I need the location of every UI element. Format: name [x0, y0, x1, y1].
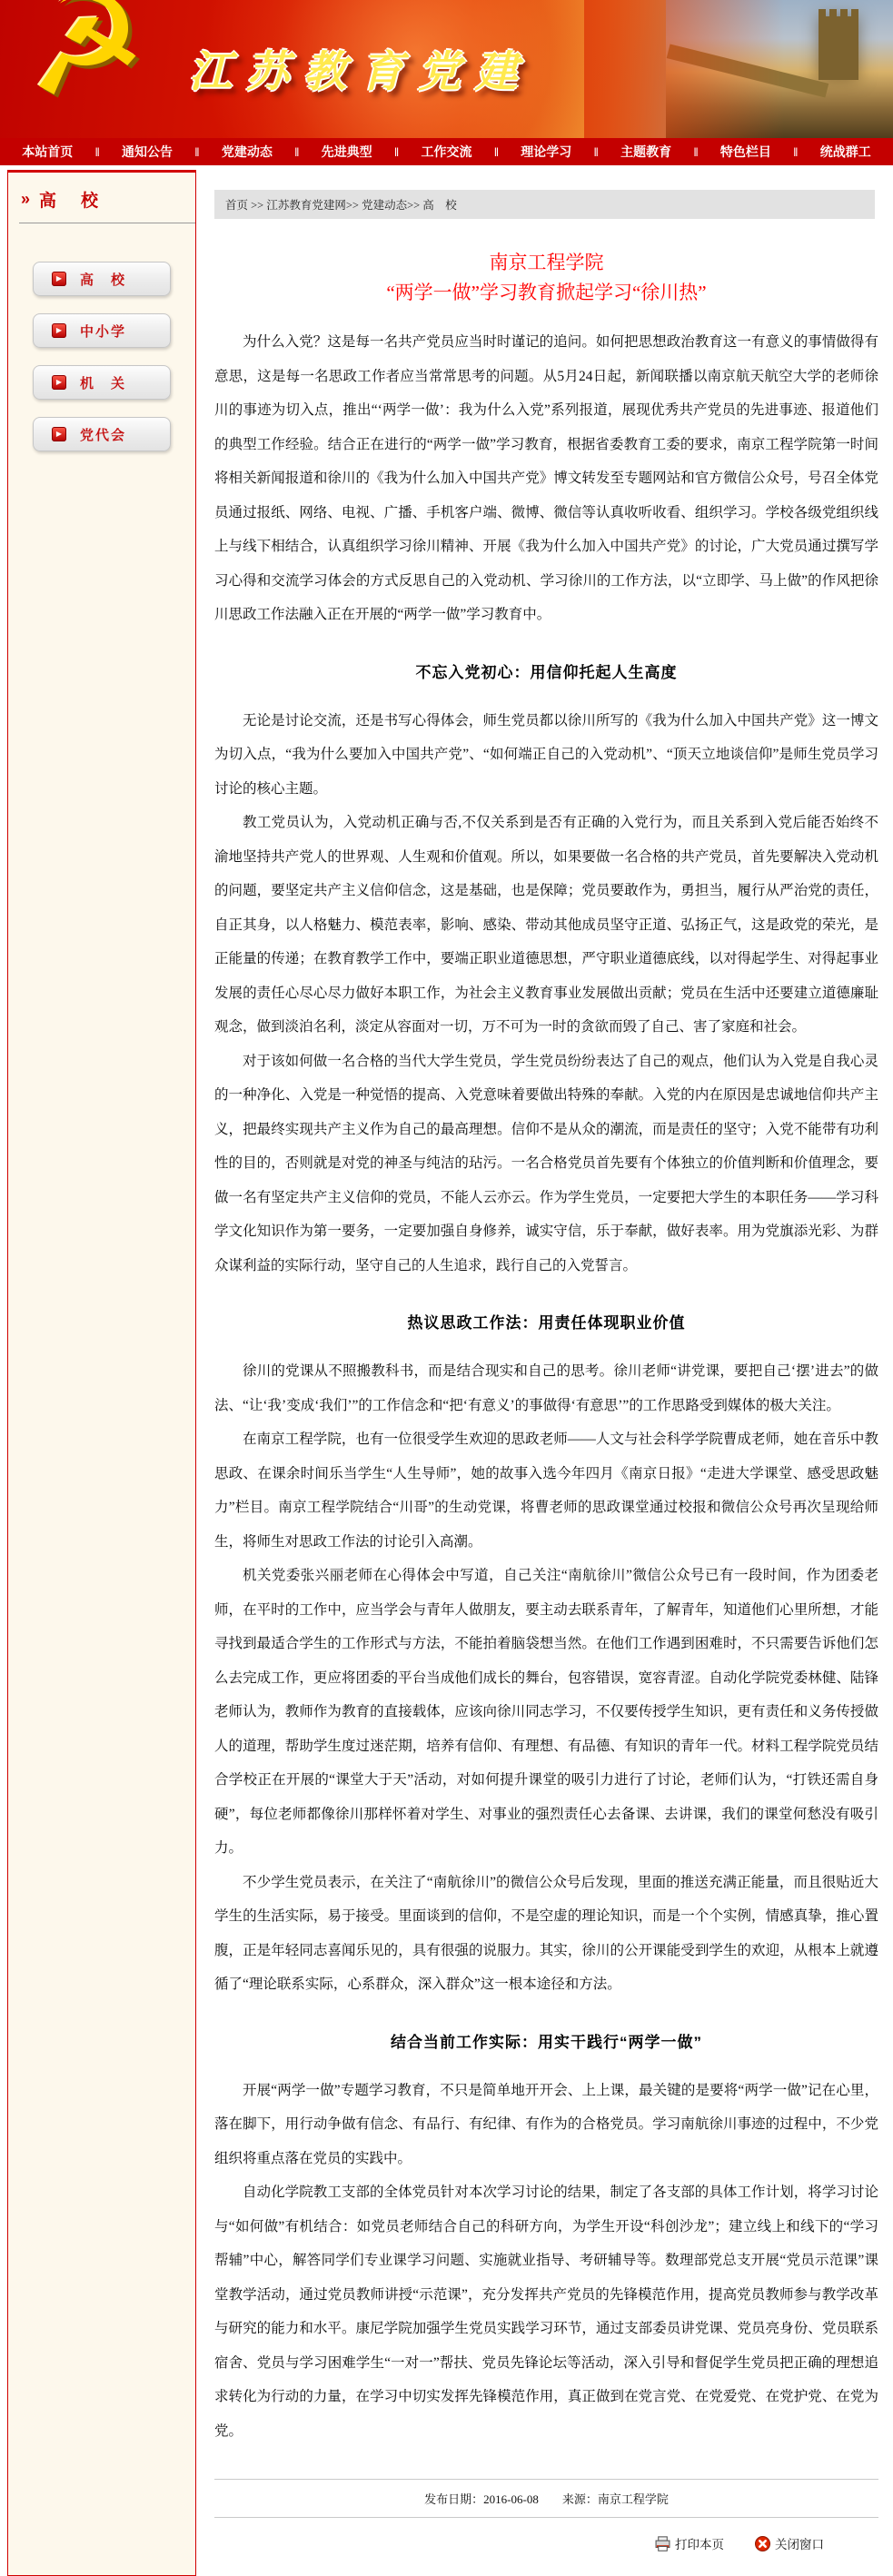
nav-item-theory-study[interactable]: 理论学习: [521, 143, 571, 161]
site-banner: ☭ 江苏教育党建: [0, 0, 893, 138]
chevron-right-icon: »: [21, 190, 30, 209]
sidebar-title: 高 校: [39, 187, 102, 212]
nav-item-party-news[interactable]: 党建动态: [222, 143, 273, 161]
main-content: 首页 >> 江苏教育党建网>> 党建动态>> 高 校 南京工程学院 “两学一做”…: [196, 170, 888, 2576]
nav-separator: ‖: [294, 145, 299, 159]
close-icon: [755, 2536, 770, 2551]
divider: [19, 223, 195, 223]
nav-separator: ‖: [194, 145, 199, 159]
print-icon: [655, 2536, 670, 2551]
nav-item-theme-education[interactable]: 主题教育: [620, 143, 671, 161]
red-arrow-icon: ▶: [52, 272, 66, 286]
paragraph: 机关党委张兴丽老师在心得体会中写道，自己关注“南航徐川”微信公众号已有一段时间，…: [214, 1559, 878, 1866]
article-title-line2: “两学一做”学习教育掀起学习“徐川热”: [214, 278, 878, 308]
red-arrow-icon: ▶: [52, 427, 66, 441]
nav-item-notices[interactable]: 通知公告: [122, 143, 173, 161]
nav-item-united-front[interactable]: 统战群工: [820, 143, 871, 161]
nav-item-models[interactable]: 先进典型: [322, 143, 372, 161]
great-wall-tower: [819, 16, 858, 80]
sidebar-item-label: 高 校: [80, 270, 126, 289]
publish-info: 发布日期：2016-06-08来源：南京工程学院: [214, 2479, 878, 2518]
nav-item-special-columns[interactable]: 特色栏目: [720, 143, 771, 161]
nav-item-work-exchange[interactable]: 工作交流: [421, 143, 471, 161]
banner-fade: [584, 0, 784, 138]
sidebar-item-label: 中小学: [80, 322, 126, 341]
paragraph: 不少学生党员表示，在关注了“南航徐川”的微信公众号后发现，里面的推送充满正能量，…: [214, 1866, 878, 2002]
nav-separator: ‖: [693, 145, 698, 159]
sidebar-item-primary-secondary-schools[interactable]: ▶ 中小学: [33, 313, 171, 348]
paragraph: 为什么入党？这是每一名共产党员应当时时谨记的追问。如何把思想政治教育这一有意义的…: [214, 325, 878, 632]
breadcrumb[interactable]: 首页 >> 江苏教育党建网>> 党建动态>> 高 校: [214, 190, 875, 219]
section-heading: 结合当前工作实际：用实干践行“两学一做”: [214, 2029, 878, 2052]
nav-separator: ‖: [394, 145, 399, 159]
sidebar-item-party-congress[interactable]: ▶ 党代会: [33, 417, 171, 451]
paragraph: 在南京工程学院，也有一位很受学生欢迎的思政老师——人文与社会科学学院曹成老师，她…: [214, 1422, 878, 1559]
close-button[interactable]: 关闭窗口: [755, 2534, 824, 2552]
print-button[interactable]: 打印本页: [655, 2534, 724, 2552]
article-actions: 打印本页 关闭窗口: [214, 2534, 878, 2552]
nav-separator: ‖: [793, 145, 798, 159]
source-label: 来源：: [562, 2492, 598, 2506]
sidebar-item-label: 机 关: [80, 373, 126, 392]
print-label: 打印本页: [675, 2534, 724, 2552]
site-title: 江苏教育党建: [189, 38, 532, 99]
sidebar-item-label: 党代会: [80, 425, 126, 444]
paragraph: 自动化学院教工支部的全体党员针对本次学习讨论的结果，制定了各支部的具体工作计划，…: [214, 2175, 878, 2448]
paragraph: 对于该如何做一名合格的当代大学生党员，学生党员纷纷表达了自己的观点，他们认为入党…: [214, 1045, 878, 1283]
sidebar-item-universities[interactable]: ▶ 高 校: [33, 262, 171, 296]
sidebar-menu: ▶ 高 校 ▶ 中小学 ▶ 机 关 ▶ 党代会: [8, 262, 195, 451]
red-arrow-icon: ▶: [52, 375, 66, 390]
sidebar: » 高 校 ▶ 高 校 ▶ 中小学 ▶ 机 关 ▶ 党代会: [7, 170, 196, 2576]
publish-date-label: 发布日期：: [424, 2492, 483, 2506]
nav-separator: ‖: [494, 145, 499, 159]
paragraph: 徐川的党课从不照搬教科书，而是结合现实和自己的思考。徐川老师“讲党课，要把自己‘…: [214, 1354, 878, 1422]
paragraph: 教工党员认为，入党动机正确与否,不仅关系到是否有正确的入党行为，而且关系到入党后…: [214, 806, 878, 1045]
paragraph: 无论是讨论交流，还是书写心得体会，师生党员都以徐川所写的《我为什么加入中国共产党…: [214, 704, 878, 807]
nav-separator: ‖: [94, 145, 99, 159]
article-title-line1: 南京工程学院: [214, 248, 878, 278]
section-heading: 不忘入党初心：用信仰托起人生高度: [214, 659, 878, 682]
sidebar-item-gov-offices[interactable]: ▶ 机 关: [33, 365, 171, 400]
party-emblem-icon: ☭: [17, 0, 153, 119]
nav-separator: ‖: [594, 145, 599, 159]
section-heading: 热议思政工作法：用责任体现职业价值: [214, 1310, 878, 1333]
paragraph: 开展“两学一做”专题学习教育，不只是简单地开开会、上上课，最关键的是要将“两学一…: [214, 2074, 878, 2176]
red-arrow-icon: ▶: [52, 323, 66, 338]
main-nav: 本站首页 ‖ 通知公告 ‖ 党建动态 ‖ 先进典型 ‖ 工作交流 ‖ 理论学习 …: [0, 138, 893, 165]
sidebar-header: » 高 校: [8, 173, 195, 212]
source-name: 南京工程学院: [598, 2492, 669, 2506]
page-layout: » 高 校 ▶ 高 校 ▶ 中小学 ▶ 机 关 ▶ 党代会 首页 >> 江苏教育: [0, 165, 893, 2576]
publish-date: 2016-06-08: [483, 2492, 539, 2506]
close-label: 关闭窗口: [775, 2534, 824, 2552]
article-body: 为什么入党？这是每一名共产党员应当时时谨记的追问。如何把思想政治教育这一有意义的…: [214, 325, 878, 2448]
nav-item-home[interactable]: 本站首页: [22, 143, 73, 161]
